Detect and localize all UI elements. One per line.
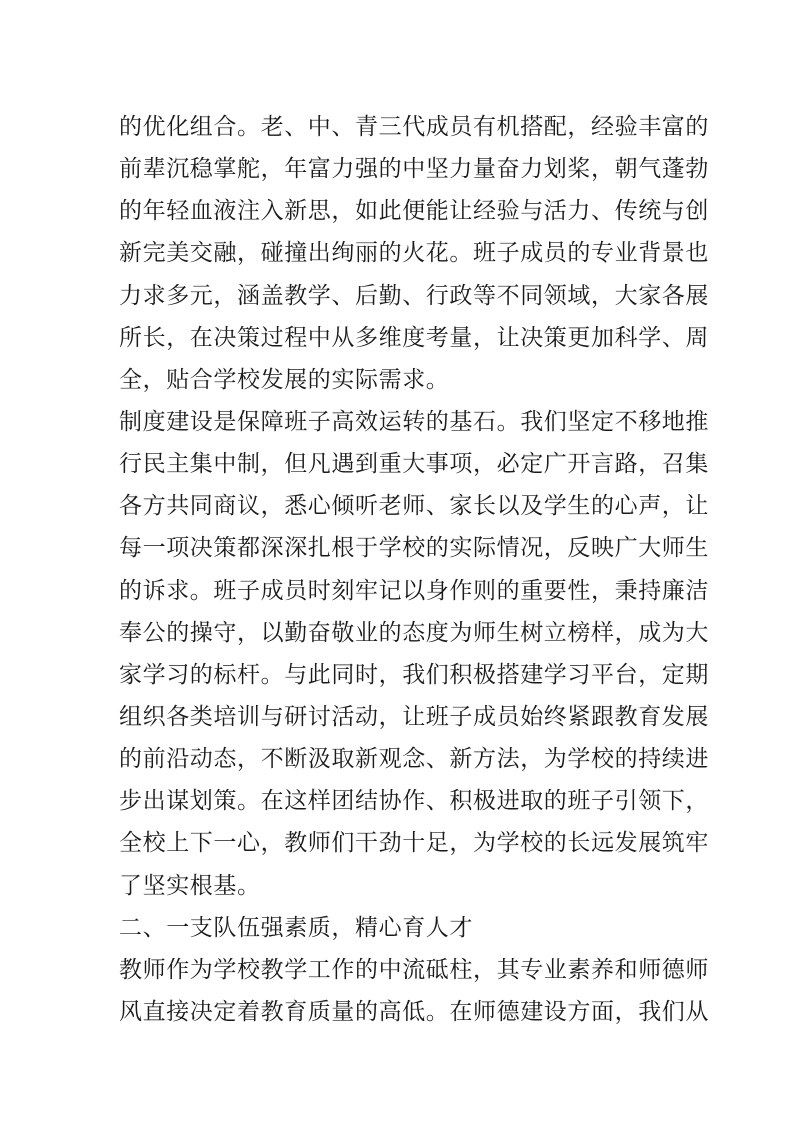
paragraph-line: 全校上下一心，教师们干劲十足，为学校的长远发展筑牢: [119, 822, 679, 864]
paragraph-line: 制度建设是保障班子高效运转的基石。我们坚定不移地推: [119, 401, 679, 443]
paragraph-line: 全，贴合学校发展的实际需求。: [119, 359, 679, 401]
paragraph-line: 的诉求。班子成员时刻牢记以身作则的重要性，秉持廉洁: [119, 570, 679, 612]
paragraph-line: 奉公的操守，以勤奋敬业的态度为师生树立榜样，成为大: [119, 612, 679, 654]
paragraph-line: 前辈沉稳掌舵，年富力强的中坚力量奋力划桨，朝气蓬勃: [119, 148, 679, 190]
paragraph-line: 所长，在决策过程中从多维度考量，让决策更加科学、周: [119, 317, 679, 359]
paragraph-line: 行民主集中制，但凡遇到重大事项，必定广开言路，召集: [119, 443, 679, 485]
paragraph-line: 家学习的标杆。与此同时，我们积极搭建学习平台，定期: [119, 654, 679, 696]
paragraph-line: 组织各类培训与研讨活动，让班子成员始终紧跟教育发展: [119, 696, 679, 738]
paragraph-line: 力求多元，涵盖教学、后勤、行政等不同领域，大家各展: [119, 275, 679, 317]
document-page: 的优化组合。老、中、青三代成员有机搭配，经验丰富的 前辈沉稳掌舵，年富力强的中坚…: [119, 106, 679, 1033]
paragraph-line: 了坚实根基。: [119, 865, 679, 907]
paragraph-line: 新完美交融，碰撞出绚丽的火花。班子成员的专业背景也: [119, 232, 679, 274]
paragraph-line: 的前沿动态，不断汲取新观念、新方法，为学校的持续进: [119, 738, 679, 780]
paragraph-line: 教师作为学校教学工作的中流砥柱，其专业素养和师德师: [119, 949, 679, 991]
section-heading: 二、一支队伍强素质，精心育人才: [119, 907, 679, 949]
paragraph-line: 的优化组合。老、中、青三代成员有机搭配，经验丰富的: [119, 106, 679, 148]
paragraph-line: 每一项决策都深深扎根于学校的实际情况，反映广大师生: [119, 527, 679, 569]
paragraph-line: 步出谋划策。在这样团结协作、积极进取的班子引领下，: [119, 780, 679, 822]
paragraph-line: 的年轻血液注入新思，如此便能让经验与活力、传统与创: [119, 190, 679, 232]
paragraph-line: 风直接决定着教育质量的高低。在师德建设方面，我们从: [119, 991, 679, 1033]
paragraph-line: 各方共同商议，悉心倾听老师、家长以及学生的心声，让: [119, 485, 679, 527]
